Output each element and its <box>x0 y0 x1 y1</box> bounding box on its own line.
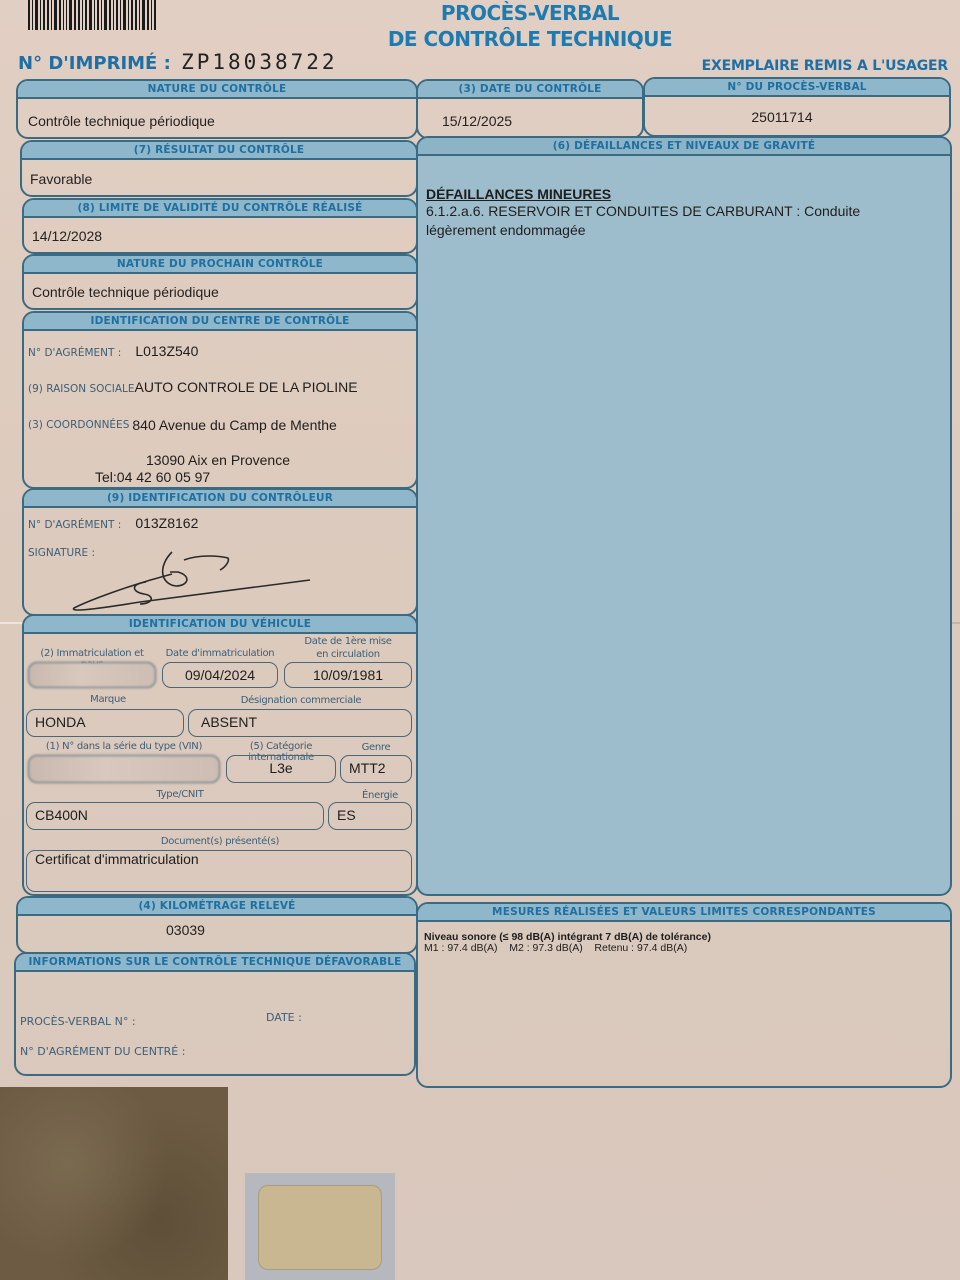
prochain-controle-box: NATURE DU PROCHAIN CONTRÔLE Contrôle tec… <box>22 254 418 310</box>
centre-header: IDENTIFICATION DU CENTRE DE CONTRÔLE <box>24 313 416 331</box>
imprime-label: N° D'IMPRIMÉ : <box>18 53 171 74</box>
defaillance-item-line1: 6.1.2.a.6. RESERVOIR ET CONDUITES DE CAR… <box>426 202 940 221</box>
designation-field: ABSENT <box>188 709 412 737</box>
centre-phone: Tel:04 42 60 05 97 <box>95 469 210 485</box>
mesure-retenu: Retenu : 97.4 dB(A) <box>594 942 687 954</box>
genre-label: Genre <box>340 742 412 753</box>
defaillances-box: (6) DÉFAILLANCES ET NIVEAUX DE GRAVITÉ D… <box>416 136 952 896</box>
defaillances-category: DÉFAILLANCES MINEURES <box>426 186 940 202</box>
immat-field <box>28 662 156 688</box>
limite-validite-header: (8) LIMITE DE VALIDITÉ DU CONTRÔLE RÉALI… <box>24 200 416 218</box>
defavorable-date-label: DATE : <box>266 1011 302 1024</box>
energie-label: Énergie <box>350 790 410 801</box>
resultat-box: (7) RÉSULTAT DU CONTRÔLE Favorable <box>20 140 418 197</box>
categorie-field: L3e <box>226 755 336 783</box>
dark-surface <box>0 1087 228 1280</box>
defavorable-header: INFORMATIONS SUR LE CONTRÔLE TECHNIQUE D… <box>16 954 414 972</box>
nature-controle-header: NATURE DU CONTRÔLE <box>18 81 416 99</box>
vin-field <box>28 755 220 783</box>
defaillances-header: (6) DÉFAILLANCES ET NIVEAUX DE GRAVITÉ <box>418 138 950 156</box>
limite-validite-box: (8) LIMITE DE VALIDITÉ DU CONTRÔLE RÉALI… <box>22 198 418 254</box>
numero-pv-header: N° DU PROCÈS-VERBAL <box>645 79 949 97</box>
centre-agrement-row: N° D'AGRÉMENT : L013Z540 <box>28 343 198 359</box>
centre-agrement-label: N° D'AGRÉMENT : <box>28 347 121 359</box>
centre-agrement-value: L013Z540 <box>135 343 198 359</box>
copy-note: EXEMPLAIRE REMIS A L'USAGER <box>702 58 948 74</box>
defavorable-agrement-label: N° D'AGRÉMENT DU CENTRÉ : <box>20 1045 185 1058</box>
kilometrage-value: 03039 <box>18 916 416 944</box>
centre-coord-row: (3) COORDONNÉES 840 Avenue du Camp de Me… <box>28 415 337 431</box>
limite-validite-value: 14/12/2028 <box>24 218 416 250</box>
document-title: PROCÈS-VERBAL DE CONTRÔLE TECHNIQUE <box>340 0 720 52</box>
energie-field: ES <box>328 802 412 830</box>
vin-label: (1) N° dans la série du type (VIN) <box>34 741 214 752</box>
resultat-value: Favorable <box>22 160 416 193</box>
mesure-m1: M1 : 97.4 dB(A) <box>424 942 498 954</box>
nature-controle-value: Contrôle technique périodique <box>18 99 416 135</box>
date-immat-label: Date d'immatriculation <box>162 648 278 659</box>
marque-field: HONDA <box>26 709 184 737</box>
barcode <box>28 0 204 30</box>
centre-raison-row: (9) RAISON SOCIALE AUTO CONTROLE DE LA P… <box>28 379 358 395</box>
centre-address-line2: 13090 Aix en Provence <box>146 452 290 468</box>
centre-raison-label: (9) RAISON SOCIALE <box>28 383 135 395</box>
date-immat-field: 09/04/2024 <box>162 662 278 688</box>
vignette-sticker <box>258 1185 382 1270</box>
controleur-agrement-label: N° D'AGRÉMENT : <box>28 519 121 531</box>
nature-controle-box: NATURE DU CONTRÔLE Contrôle technique pé… <box>16 79 418 139</box>
genre-field: MTT2 <box>340 755 412 783</box>
centre-coord-label: (3) COORDONNÉES <box>28 419 129 431</box>
mesures-box: MESURES RÉALISÉES ET VALEURS LIMITES COR… <box>416 902 952 1088</box>
numero-pv-value: 25011714 <box>645 97 949 131</box>
mesure-m2: M2 : 97.3 dB(A) <box>509 942 583 954</box>
controleur-agrement-row: N° D'AGRÉMENT : 013Z8162 <box>28 515 198 531</box>
signature <box>60 540 320 620</box>
date-controle-box: (3) DATE DU CONTRÔLE 15/12/2025 <box>416 79 644 139</box>
mesures-header: MESURES RÉALISÉES ET VALEURS LIMITES COR… <box>418 904 950 922</box>
defaillance-item-line2: légèrement endommagée <box>426 221 940 240</box>
documents-field: Certificat d'immatriculation <box>26 850 412 892</box>
title-line-2: DE CONTRÔLE TECHNIQUE <box>340 26 720 52</box>
mesures-content: Niveau sonore (≤ 98 dB(A) intégrant 7 dB… <box>424 932 711 954</box>
date-controle-header: (3) DATE DU CONTRÔLE <box>418 81 642 99</box>
prochain-controle-header: NATURE DU PROCHAIN CONTRÔLE <box>24 256 416 274</box>
kilometrage-header: (4) KILOMÉTRAGE RELEVÉ <box>18 898 416 916</box>
type-field: CB400N <box>26 802 324 830</box>
defavorable-pv-label: PROCÈS-VERBAL N° : <box>20 1015 136 1028</box>
designation-label: Désignation commerciale <box>190 695 412 706</box>
defaillances-content: DÉFAILLANCES MINEURES 6.1.2.a.6. RESERVO… <box>426 186 940 240</box>
controleur-agrement-value: 013Z8162 <box>135 515 198 531</box>
premiere-mise-field: 10/09/1981 <box>284 662 412 688</box>
documents-label: Document(s) présenté(s) <box>120 836 320 847</box>
imprime-number: N° D'IMPRIMÉ : ZP18038722 <box>18 50 338 74</box>
premiere-mise-label-1: Date de 1ère mise <box>286 636 410 647</box>
premiere-mise-label-2: en circulation <box>286 649 410 660</box>
centre-address-line1: 840 Avenue du Camp de Menthe <box>132 417 336 433</box>
title-line-1: PROCÈS-VERBAL <box>340 0 720 26</box>
kilometrage-box: (4) KILOMÉTRAGE RELEVÉ 03039 <box>16 896 418 954</box>
resultat-header: (7) RÉSULTAT DU CONTRÔLE <box>22 142 416 160</box>
date-controle-value: 15/12/2025 <box>418 99 642 135</box>
vehicule-header: IDENTIFICATION DU VÉHICULE <box>24 616 416 634</box>
type-label: Type/CNIT <box>120 789 240 800</box>
numero-pv-box: N° DU PROCÈS-VERBAL 25011714 <box>643 77 951 137</box>
marque-label: Marque <box>28 694 188 705</box>
controleur-header: (9) IDENTIFICATION DU CONTRÔLEUR <box>24 490 416 508</box>
prochain-controle-value: Contrôle technique périodique <box>24 274 416 306</box>
imprime-value: ZP18038722 <box>181 50 337 74</box>
centre-raison-value: AUTO CONTROLE DE LA PIOLINE <box>135 379 358 395</box>
